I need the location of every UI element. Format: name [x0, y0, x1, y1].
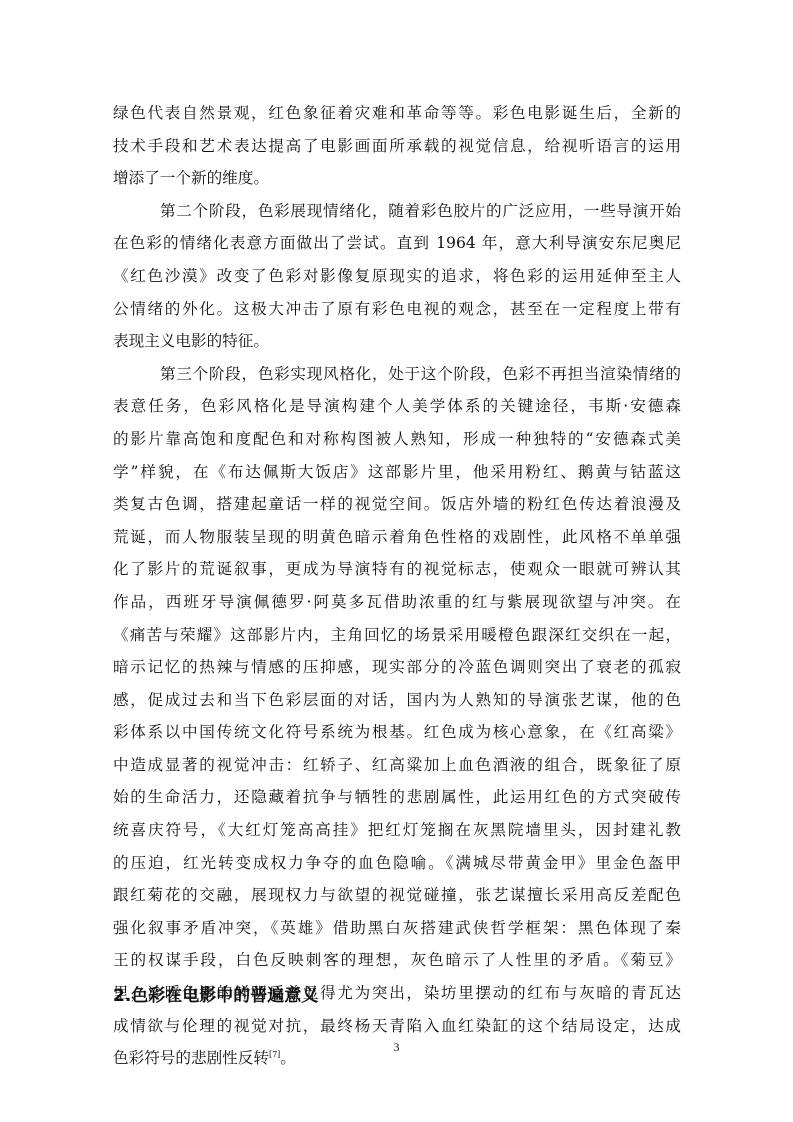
text-line: 公情绪的外化。这极大冲击了原有彩色电视的观念，甚至在一定程度上带有 — [113, 293, 681, 326]
paragraph-1: 绿色代表自然景观，红色象征着灾难和革命等等。彩色电影诞生后，全新的 技术手段和艺… — [113, 97, 681, 195]
text-line: 王的权谋手段，白色反映刺客的理想，灰色暗示了人性里的矛盾。《菊豆》 — [113, 944, 681, 977]
text-line: 荒诞，而人物服装呈现的明黄色暗示着角色性格的戏剧性，此风格不单单强 — [113, 521, 681, 554]
text-line: 统喜庆符号，《大红灯笼高高挂》把红灯笼搁在灰黑院墙里头，因封建礼教 — [113, 814, 681, 847]
paragraph-3: 第三个阶段，色彩实现风格化，处于这个阶段，色彩不再担当渲染情绪的 表意任务，色彩… — [113, 358, 681, 1075]
body-text: 绿色代表自然景观，红色象征着灾难和革命等等。彩色电影诞生后，全新的 技术手段和艺… — [113, 97, 681, 1075]
document-page: 绿色代表自然景观，红色象征着灾难和革命等等。彩色电影诞生后，全新的 技术手段和艺… — [0, 0, 793, 1122]
text-line: 中造成显著的视觉冲击：红轿子、红高粱加上血色酒液的组合，既象征了原 — [113, 749, 681, 782]
text-line: 第三个阶段，色彩实现风格化，处于这个阶段，色彩不再担当渲染情绪的 — [113, 358, 681, 391]
text-line: 始的生命活力，还隐藏着抗争与牺牲的悲剧属性，此运用红色的方式突破传 — [113, 781, 681, 814]
text-line: 暗示记忆的热辣与情感的压抑感，现实部分的冷蓝色调则突出了衰老的孤寂 — [113, 651, 681, 684]
text-line: 学”样貌，在《布达佩斯大饭店》这部影片里，他采用粉红、鹅黄与钴蓝这 — [113, 456, 681, 489]
text-line: 《红色沙漠》改变了色彩对影像复原现实的追求，将色彩的运用延伸至主人 — [113, 260, 681, 293]
text-line: 作品，西班牙导演佩德罗·阿莫多瓦借助浓重的红与紫展现欲望与冲突。在 — [113, 586, 681, 619]
text-line: 成情欲与伦理的视觉对抗，最终杨天青陷入血红染缸的这个结局设定，达成 — [113, 1010, 681, 1043]
text-line: 表意任务，色彩风格化是导演构建个人美学体系的关键途径，韦斯·安德森 — [113, 390, 681, 423]
text-line: 感，促成过去和当下色彩层面的对话，国内为人熟知的导演张艺谋，他的色 — [113, 684, 681, 717]
text-line: 增添了一个新的维度。 — [113, 162, 681, 195]
text-line: 化了影片的荒诞叙事，更成为导演特有的视觉标志，使观众一眼就可辨认其 — [113, 553, 681, 586]
text-line: 第二个阶段，色彩展现情绪化，随着彩色胶片的广泛应用，一些导演开始 — [113, 195, 681, 228]
text-line: 表现主义电影的特征。 — [113, 325, 681, 358]
page-number: 3 — [0, 1040, 793, 1055]
text-line: 强化叙事矛盾冲突，《英雄》借助黑白灰搭建武侠哲学框架：黑色体现了秦 — [113, 912, 681, 945]
text-line: 类复古色调，搭建起童话一样的视觉空间。饭店外墙的粉红色传达着浪漫及 — [113, 488, 681, 521]
section-heading: 2.色彩在电影中的普遍意义 — [113, 981, 318, 1011]
text-line: 的影片靠高饱和度配色和对称构图被人熟知，形成一种独特的“安德森式美 — [113, 423, 681, 456]
text-line: 彩体系以中国传统文化符号系统为根基。红色成为核心意象，在《红高粱》 — [113, 716, 681, 749]
paragraph-2: 第二个阶段，色彩展现情绪化，随着彩色胶片的广泛应用，一些导演开始 在色彩的情绪化… — [113, 195, 681, 358]
text-line: 技术手段和艺术表达提高了电影画面所承载的视觉信息，给视听语言的运用 — [113, 130, 681, 163]
text-line: 《痛苦与荣耀》这部影片内，主角回忆的场景采用暖橙色跟深红交织在一起， — [113, 619, 681, 652]
text-line: 绿色代表自然景观，红色象征着灾难和革命等等。彩色电影诞生后，全新的 — [113, 97, 681, 130]
text-line: 在色彩的情绪化表意方面做出了尝试。直到 1964 年，意大利导演安东尼奥尼 — [113, 227, 681, 260]
text-line: 的压迫，红光转变成权力争夺的血色隐喻。《满城尽带黄金甲》里金色盔甲 — [113, 847, 681, 880]
text-line: 跟红菊花的交融，展现权力与欲望的视觉碰撞，张艺谋擅长采用高反差配色 — [113, 879, 681, 912]
